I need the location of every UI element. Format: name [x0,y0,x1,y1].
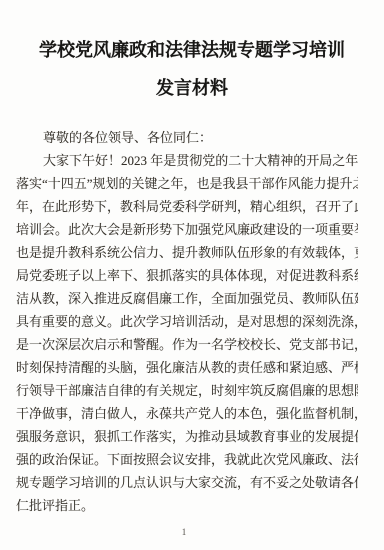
body-line: 年，在此形势下，教科局党委科学研判，精心组织，召开了此次 [16,195,358,218]
body-line: 培训会。此次大会是新形势下加强党风廉政建设的一项重要举措， [16,218,358,241]
document-title: 学校党风廉政和法律法规专题学习培训 发言材料 [0,31,384,107]
page-number: 1 [0,527,368,537]
document-page: 学校党风廉政和法律法规专题学习培训 发言材料 尊敬的各位领导、各位同仁： 大家下… [0,0,384,550]
body-line: 干净做事，清白做人，永葆共产党人的本色，强化监督机制，增 [16,402,358,425]
body-line: 落实“十四五”规划的关键之年，也是我县干部作风能力提升之 [16,172,358,195]
body-line: 具有重要的意义。此次学习培训活动，是对思想的深刻洗涤，更 [16,310,358,333]
body-line: 大家下午好！2023 年是贯彻党的二十大精神的开局之年，是 [16,149,358,172]
body-line: 规专题学习培训的几点认识与大家交流，有不妥之处敬请各位同 [16,471,358,494]
salutation-line: 尊敬的各位领导、各位同仁： [16,126,358,149]
body-line: 是一次深层次启示和警醒。作为一名学校校长、党支部书记，要 [16,333,358,356]
body-line: 局党委班子以上率下、狠抓落实的具体体现，对促进教科系统廉 [16,264,358,287]
body-line-last: 仁批评指正。 [16,494,358,517]
body-line: 时刻保持清醒的头脑，强化廉洁从教的责任感和紧迫感、严格执 [16,356,358,379]
body-line: 也是提升教科系统公信力、提升教师队伍形象的有效载体，更是 [16,241,358,264]
document-body: 尊敬的各位领导、各位同仁： 大家下午好！2023 年是贯彻党的二十大精神的开局之… [16,126,358,517]
title-line-1: 学校党风廉政和法律法规专题学习培训 [0,31,384,69]
title-line-2: 发言材料 [0,69,384,107]
body-line: 强服务意识，狠抓工作落实，为推动县域教育事业的发展提供坚 [16,425,358,448]
body-line: 洁从教，深入推进反腐倡廉工作，全面加强党员、教师队伍建设， [16,287,358,310]
body-line: 强的政治保证。下面按照会议安排，我就此次党风廉政、法律法 [16,448,358,471]
body-line: 行领导干部廉洁自律的有关规定，时刻牢筑反腐倡廉的思想防线， [16,379,358,402]
